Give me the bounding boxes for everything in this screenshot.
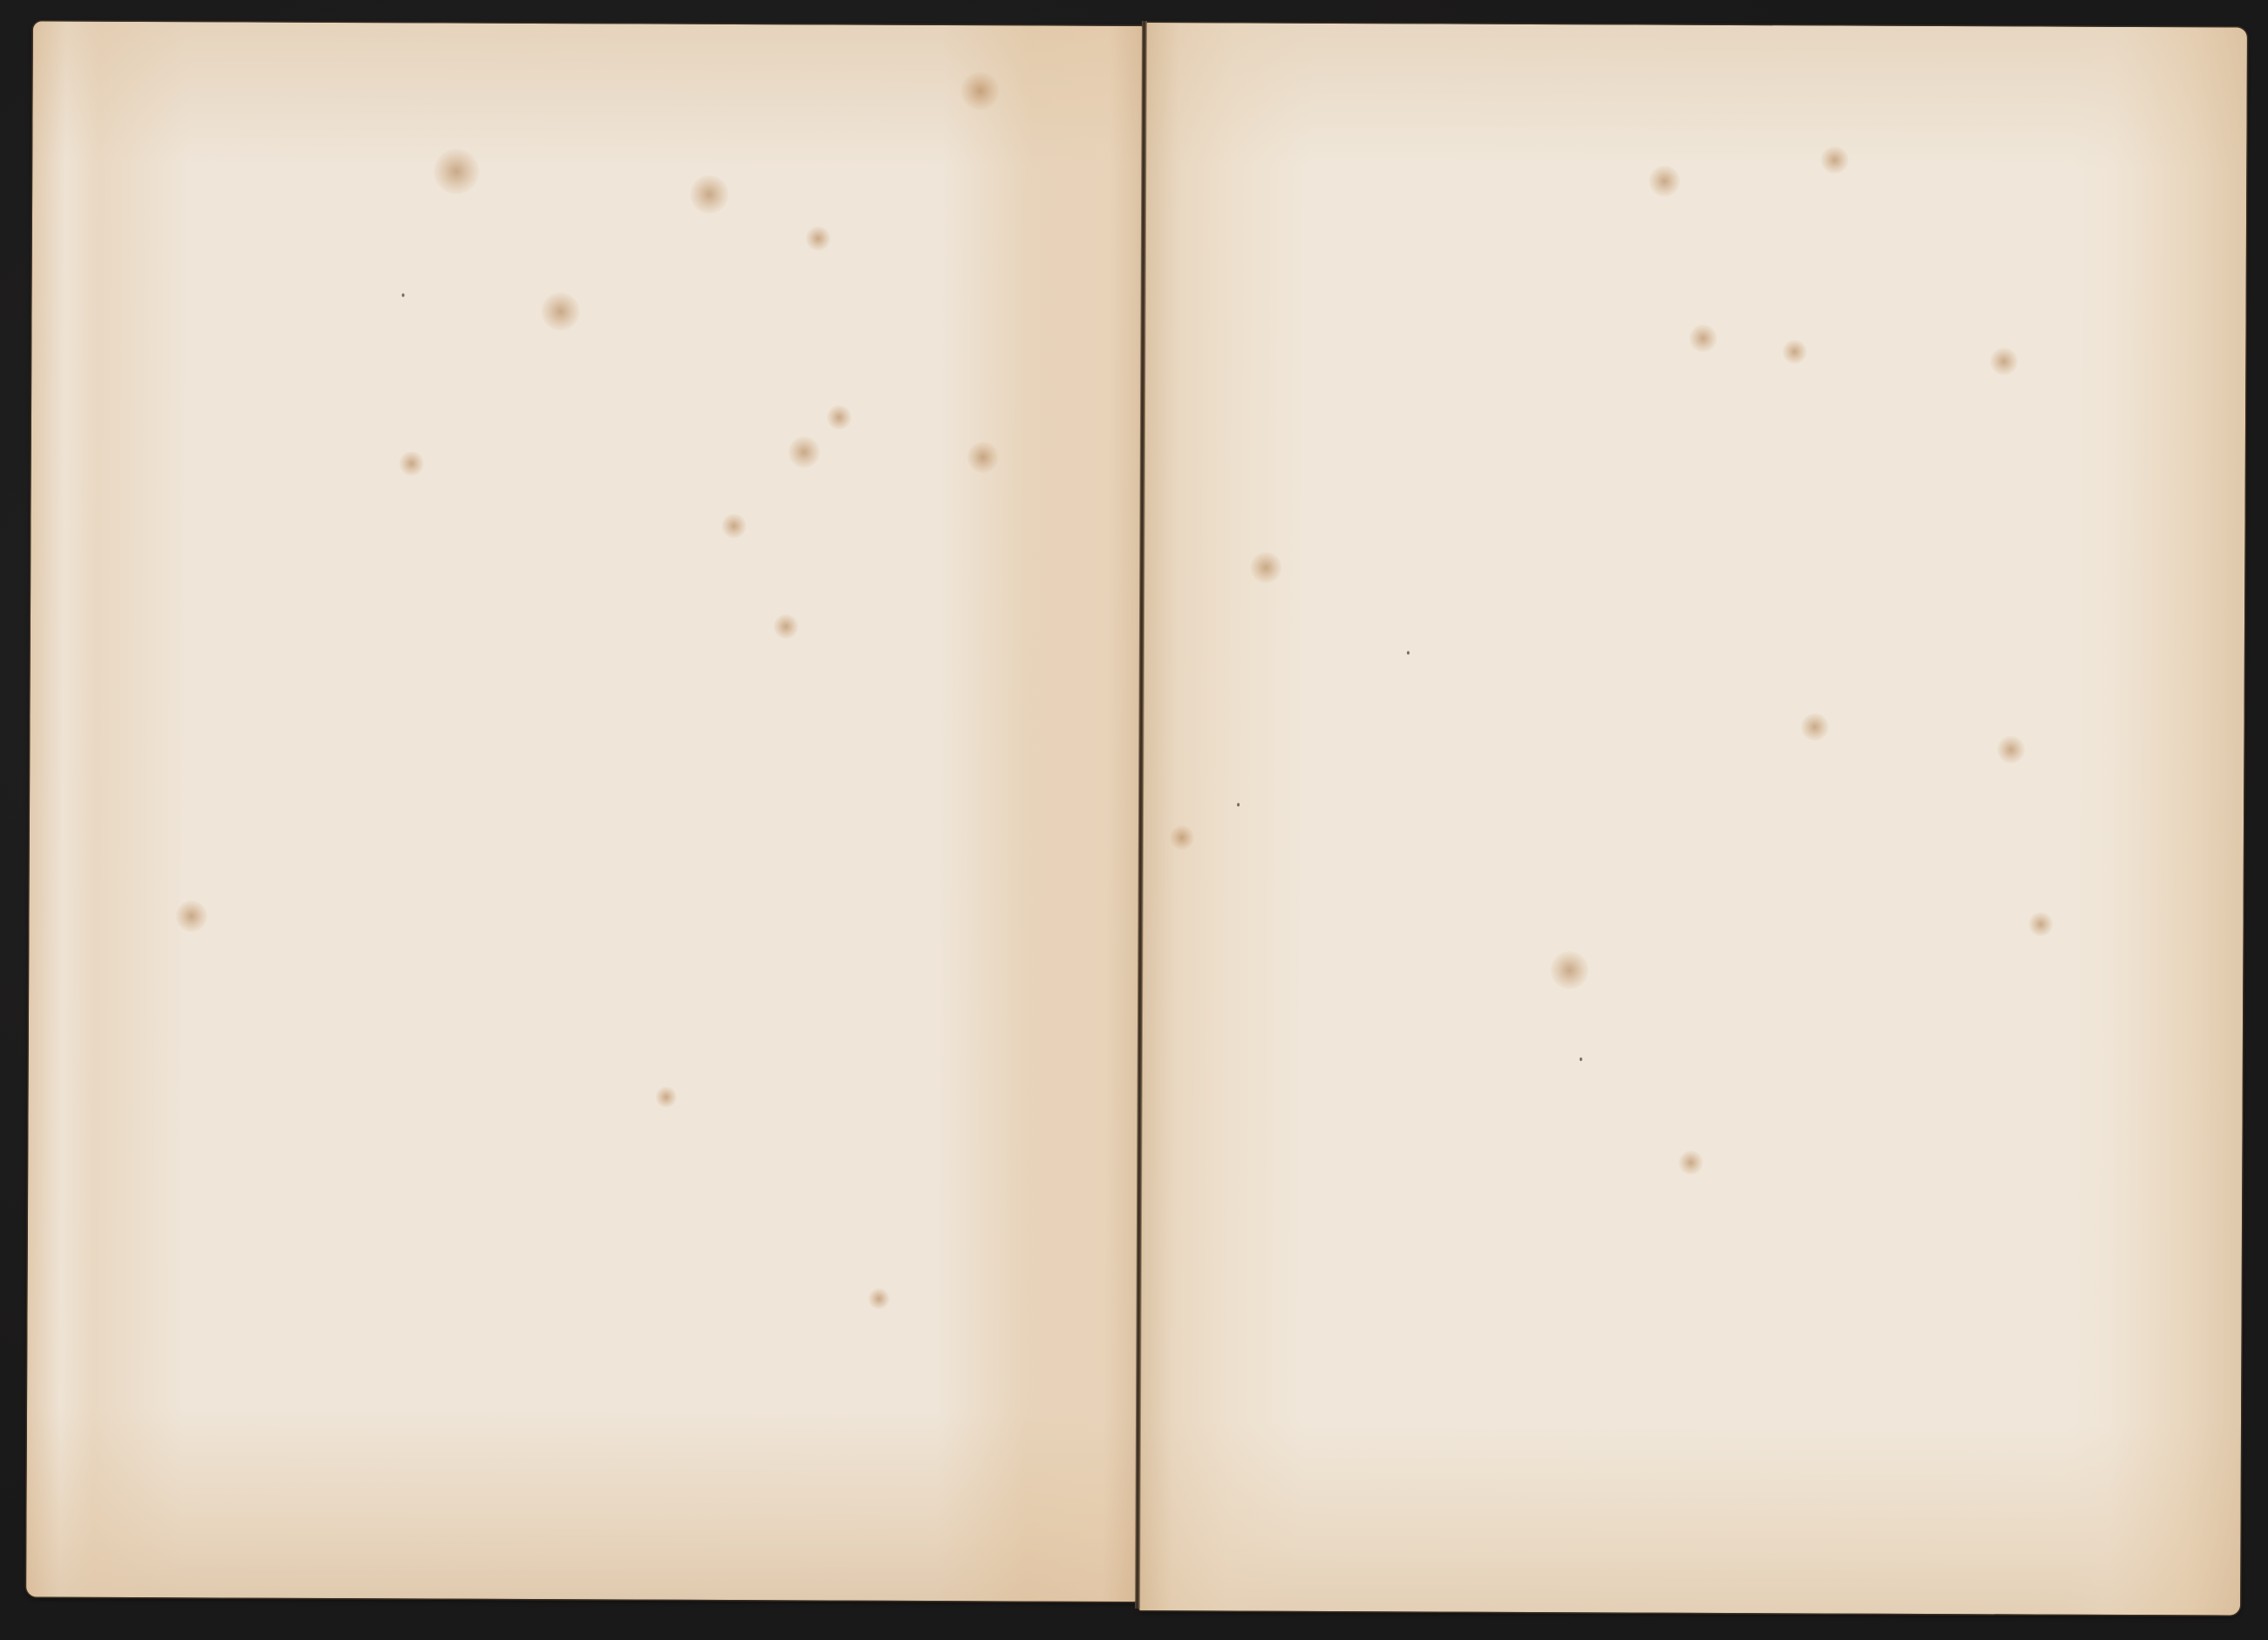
foxing-spot (690, 175, 728, 214)
paper-speck (1237, 803, 1240, 807)
left-page (26, 21, 1143, 1602)
foxing-spot (961, 72, 1000, 110)
paper-speck (1407, 651, 1410, 654)
foxing-spot (434, 148, 479, 194)
foxing-spot (774, 614, 798, 639)
paper-speck (1580, 1057, 1582, 1061)
foxing-spot (1550, 951, 1588, 989)
foxing-spot (175, 900, 207, 932)
foxing-spot (1689, 325, 1717, 352)
foxing-spot (869, 1288, 890, 1309)
foxing-spot (789, 436, 820, 468)
paper-spread (0, 0, 2268, 1640)
foxing-spot (1782, 339, 1807, 364)
foxing-spot (1678, 1151, 1703, 1175)
foxing-spot (2028, 912, 2053, 936)
right-page (1139, 23, 2247, 1615)
foxing-spot (541, 292, 579, 331)
paper-speck (402, 293, 405, 297)
foxing-spot (1997, 735, 2025, 763)
foxing-spot (1250, 552, 1281, 584)
foxing-spot (400, 451, 424, 475)
foxing-spot (721, 514, 746, 538)
foxing-spot (806, 226, 830, 250)
foxing-spot (967, 441, 999, 473)
foxing-spot (1821, 146, 1848, 174)
foxing-spot (1800, 713, 1828, 741)
foxing-spot (1170, 825, 1194, 850)
foxing-spot (656, 1087, 677, 1108)
foxing-spot (827, 405, 851, 429)
foxing-spot (1990, 347, 2018, 375)
foxing-spot (1649, 166, 1680, 197)
